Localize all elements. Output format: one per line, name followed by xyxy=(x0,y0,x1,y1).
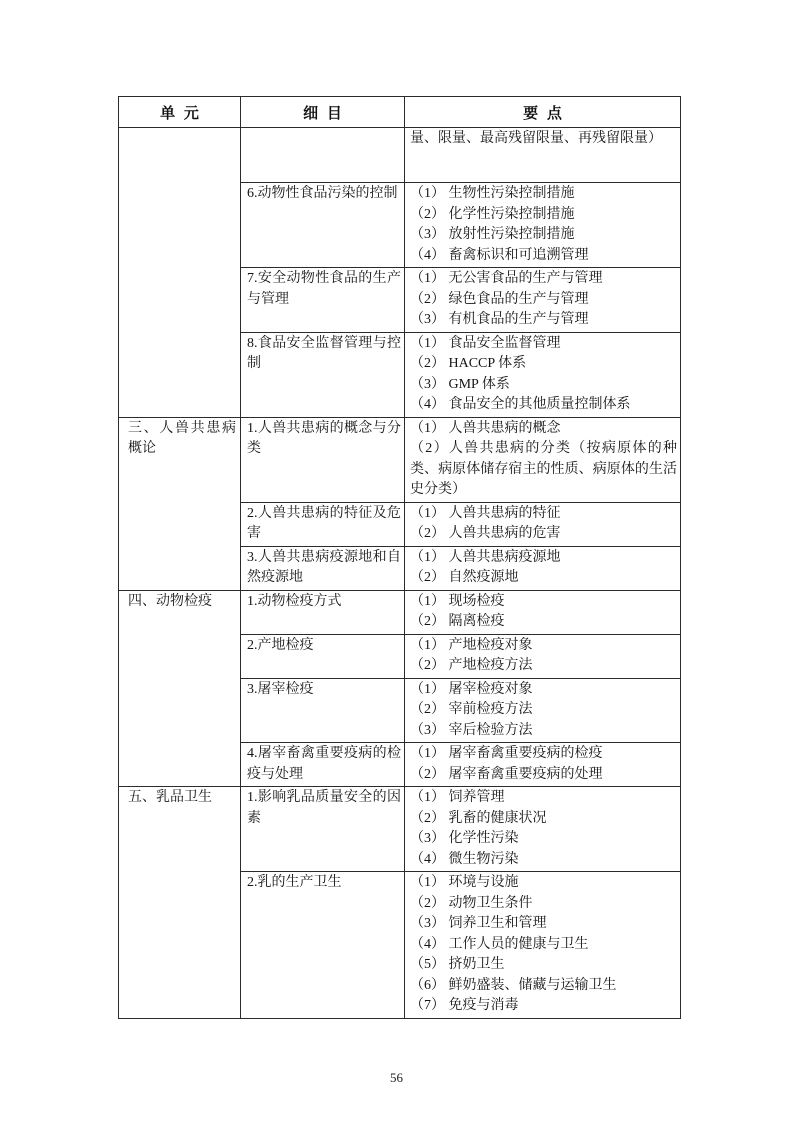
point-item: （1） 屠宰畜禽重要疫病的检疫 xyxy=(410,744,677,765)
detail-cell: 3.屠宰检疫 xyxy=(241,678,405,743)
points-cell: （1） 环境与设施（2） 动物卫生条件（3） 饲养卫生和管理（4） 工作人员的健… xyxy=(405,872,681,1019)
header-unit: 单 元 xyxy=(119,97,241,128)
page-number: 56 xyxy=(0,1070,793,1086)
point-item: （3） 有机食品的生产与管理 xyxy=(410,310,677,331)
points-cell: （1） 屠宰检疫对象（2） 宰前检疫方法（3） 宰后检验方法 xyxy=(405,678,681,743)
detail-cell: 3.人兽共患病疫源地和自然疫源地 xyxy=(241,546,405,590)
document-page: 单 元 细 目 要 点 量、限量、最高残留限量、再残留限量）6.动物性食品污染的… xyxy=(0,0,793,1122)
unit-cell: 三、人兽共患病概论 xyxy=(119,417,241,590)
point-item: （2） 乳畜的健康状况 xyxy=(410,809,677,830)
detail-cell: 1.影响乳品质量安全的因素 xyxy=(241,787,405,872)
point-item: （5） 挤奶卫生 xyxy=(410,955,677,976)
point-item: （3） 饲养卫生和管理 xyxy=(410,914,677,935)
point-item: （1） 生物性污染控制措施 xyxy=(410,184,677,205)
points-cell: （1） 食品安全监督管理（2） HACCP 体系（3） GMP 体系（4） 食品… xyxy=(405,332,681,417)
points-cell: （1） 人兽共患病疫源地（2） 自然疫源地 xyxy=(405,546,681,590)
table-row: 三、人兽共患病概论1.人兽共患病的概念与分类（1） 人兽共患病的概念（2）人兽共… xyxy=(119,417,681,502)
point-item: （2） 动物卫生条件 xyxy=(410,894,677,915)
detail-cell: 8.食品安全监督管理与控制 xyxy=(241,332,405,417)
points-cell: （1） 产地检疫对象（2） 产地检疫方法 xyxy=(405,634,681,678)
header-detail: 细 目 xyxy=(241,97,405,128)
point-item: （1） 产地检疫对象 xyxy=(410,636,677,657)
point-item: （2）人兽共患病的分类（按病原体的种类、病原体储存宿主的性质、病原体的生活史分类… xyxy=(410,439,677,501)
point-item: （3） 宰后检验方法 xyxy=(410,721,677,742)
points-cell: （1） 无公害食品的生产与管理（2） 绿色食品的生产与管理（3） 有机食品的生产… xyxy=(405,268,681,333)
point-item: （1） 人兽共患病的特征 xyxy=(410,504,677,525)
points-cell: （1） 饲养管理（2） 乳畜的健康状况（3） 化学性污染（4） 微生物污染 xyxy=(405,787,681,872)
point-item: （6） 鲜奶盛装、储藏与运输卫生 xyxy=(410,976,677,997)
point-item: （1） 食品安全监督管理 xyxy=(410,334,677,355)
point-item: （7） 免疫与消毒 xyxy=(410,996,677,1017)
point-item: （1） 人兽共患病疫源地 xyxy=(410,548,677,569)
unit-cell: 五、乳品卫生 xyxy=(119,787,241,1019)
detail-cell: 2.人兽共患病的特征及危害 xyxy=(241,502,405,546)
points-cell: （1） 人兽共患病的特征（2） 人兽共患病的危害 xyxy=(405,502,681,546)
point-item: （2） 产地检疫方法 xyxy=(410,656,677,677)
point-item: （3） 化学性污染 xyxy=(410,829,677,850)
detail-cell: 1.动物检疫方式 xyxy=(241,590,405,634)
header-points: 要 点 xyxy=(405,97,681,128)
point-item: （1） 现场检疫 xyxy=(410,592,677,613)
detail-cell: 2.产地检疫 xyxy=(241,634,405,678)
points-cell: （1） 人兽共患病的概念（2）人兽共患病的分类（按病原体的种类、病原体储存宿主的… xyxy=(405,417,681,502)
point-item: （1） 屠宰检疫对象 xyxy=(410,680,677,701)
unit-cell xyxy=(119,128,241,418)
points-cell: （1） 生物性污染控制措施（2） 化学性污染控制措施（3） 放射性污染控制措施（… xyxy=(405,183,681,268)
point-item: （2） 屠宰畜禽重要疫病的处理 xyxy=(410,765,677,786)
point-item: （2） 绿色食品的生产与管理 xyxy=(410,290,677,311)
point-item: （2） 化学性污染控制措施 xyxy=(410,205,677,226)
detail-cell: 6.动物性食品污染的控制 xyxy=(241,183,405,268)
table-row: 量、限量、最高残留限量、再残留限量） xyxy=(119,128,681,183)
table-header-row: 单 元 细 目 要 点 xyxy=(119,97,681,128)
points-cell: （1） 屠宰畜禽重要疫病的检疫（2） 屠宰畜禽重要疫病的处理 xyxy=(405,743,681,787)
point-item: （1） 饲养管理 xyxy=(410,788,677,809)
syllabus-table: 单 元 细 目 要 点 量、限量、最高残留限量、再残留限量）6.动物性食品污染的… xyxy=(118,96,681,1019)
point-item: （3） GMP 体系 xyxy=(410,375,677,396)
detail-cell: 7.安全动物性食品的生产与管理 xyxy=(241,268,405,333)
point-item: （2） HACCP 体系 xyxy=(410,354,677,375)
points-cell: 量、限量、最高残留限量、再残留限量） xyxy=(405,128,681,183)
point-item: （4） 食品安全的其他质量控制体系 xyxy=(410,395,677,416)
detail-cell: 4.屠宰畜禽重要疫病的检疫与处理 xyxy=(241,743,405,787)
point-item: （2） 自然疫源地 xyxy=(410,568,677,589)
point-item: （1） 环境与设施 xyxy=(410,873,677,894)
table-row: 四、动物检疫1.动物检疫方式（1） 现场检疫（2） 隔离检疫 xyxy=(119,590,681,634)
syllabus-table-body: 量、限量、最高残留限量、再残留限量）6.动物性食品污染的控制（1） 生物性污染控… xyxy=(119,128,681,1019)
detail-cell: 2.乳的生产卫生 xyxy=(241,872,405,1019)
detail-cell xyxy=(241,128,405,183)
table-row: 五、乳品卫生1.影响乳品质量安全的因素（1） 饲养管理（2） 乳畜的健康状况（3… xyxy=(119,787,681,872)
point-item: （4） 畜禽标识和可追溯管理 xyxy=(410,246,677,267)
point-item: （3） 放射性污染控制措施 xyxy=(410,225,677,246)
point-item: （1） 人兽共患病的概念 xyxy=(410,419,677,440)
point-item: （2） 隔离检疫 xyxy=(410,612,677,633)
unit-cell: 四、动物检疫 xyxy=(119,590,241,787)
point-item: （4） 工作人员的健康与卫生 xyxy=(410,935,677,956)
point-item: （2） 人兽共患病的危害 xyxy=(410,524,677,545)
detail-cell: 1.人兽共患病的概念与分类 xyxy=(241,417,405,502)
points-cell: （1） 现场检疫（2） 隔离检疫 xyxy=(405,590,681,634)
point-item: （1） 无公害食品的生产与管理 xyxy=(410,269,677,290)
point-item: （4） 微生物污染 xyxy=(410,850,677,871)
point-item: （2） 宰前检疫方法 xyxy=(410,700,677,721)
point-item: 量、限量、最高残留限量、再残留限量） xyxy=(410,129,677,150)
